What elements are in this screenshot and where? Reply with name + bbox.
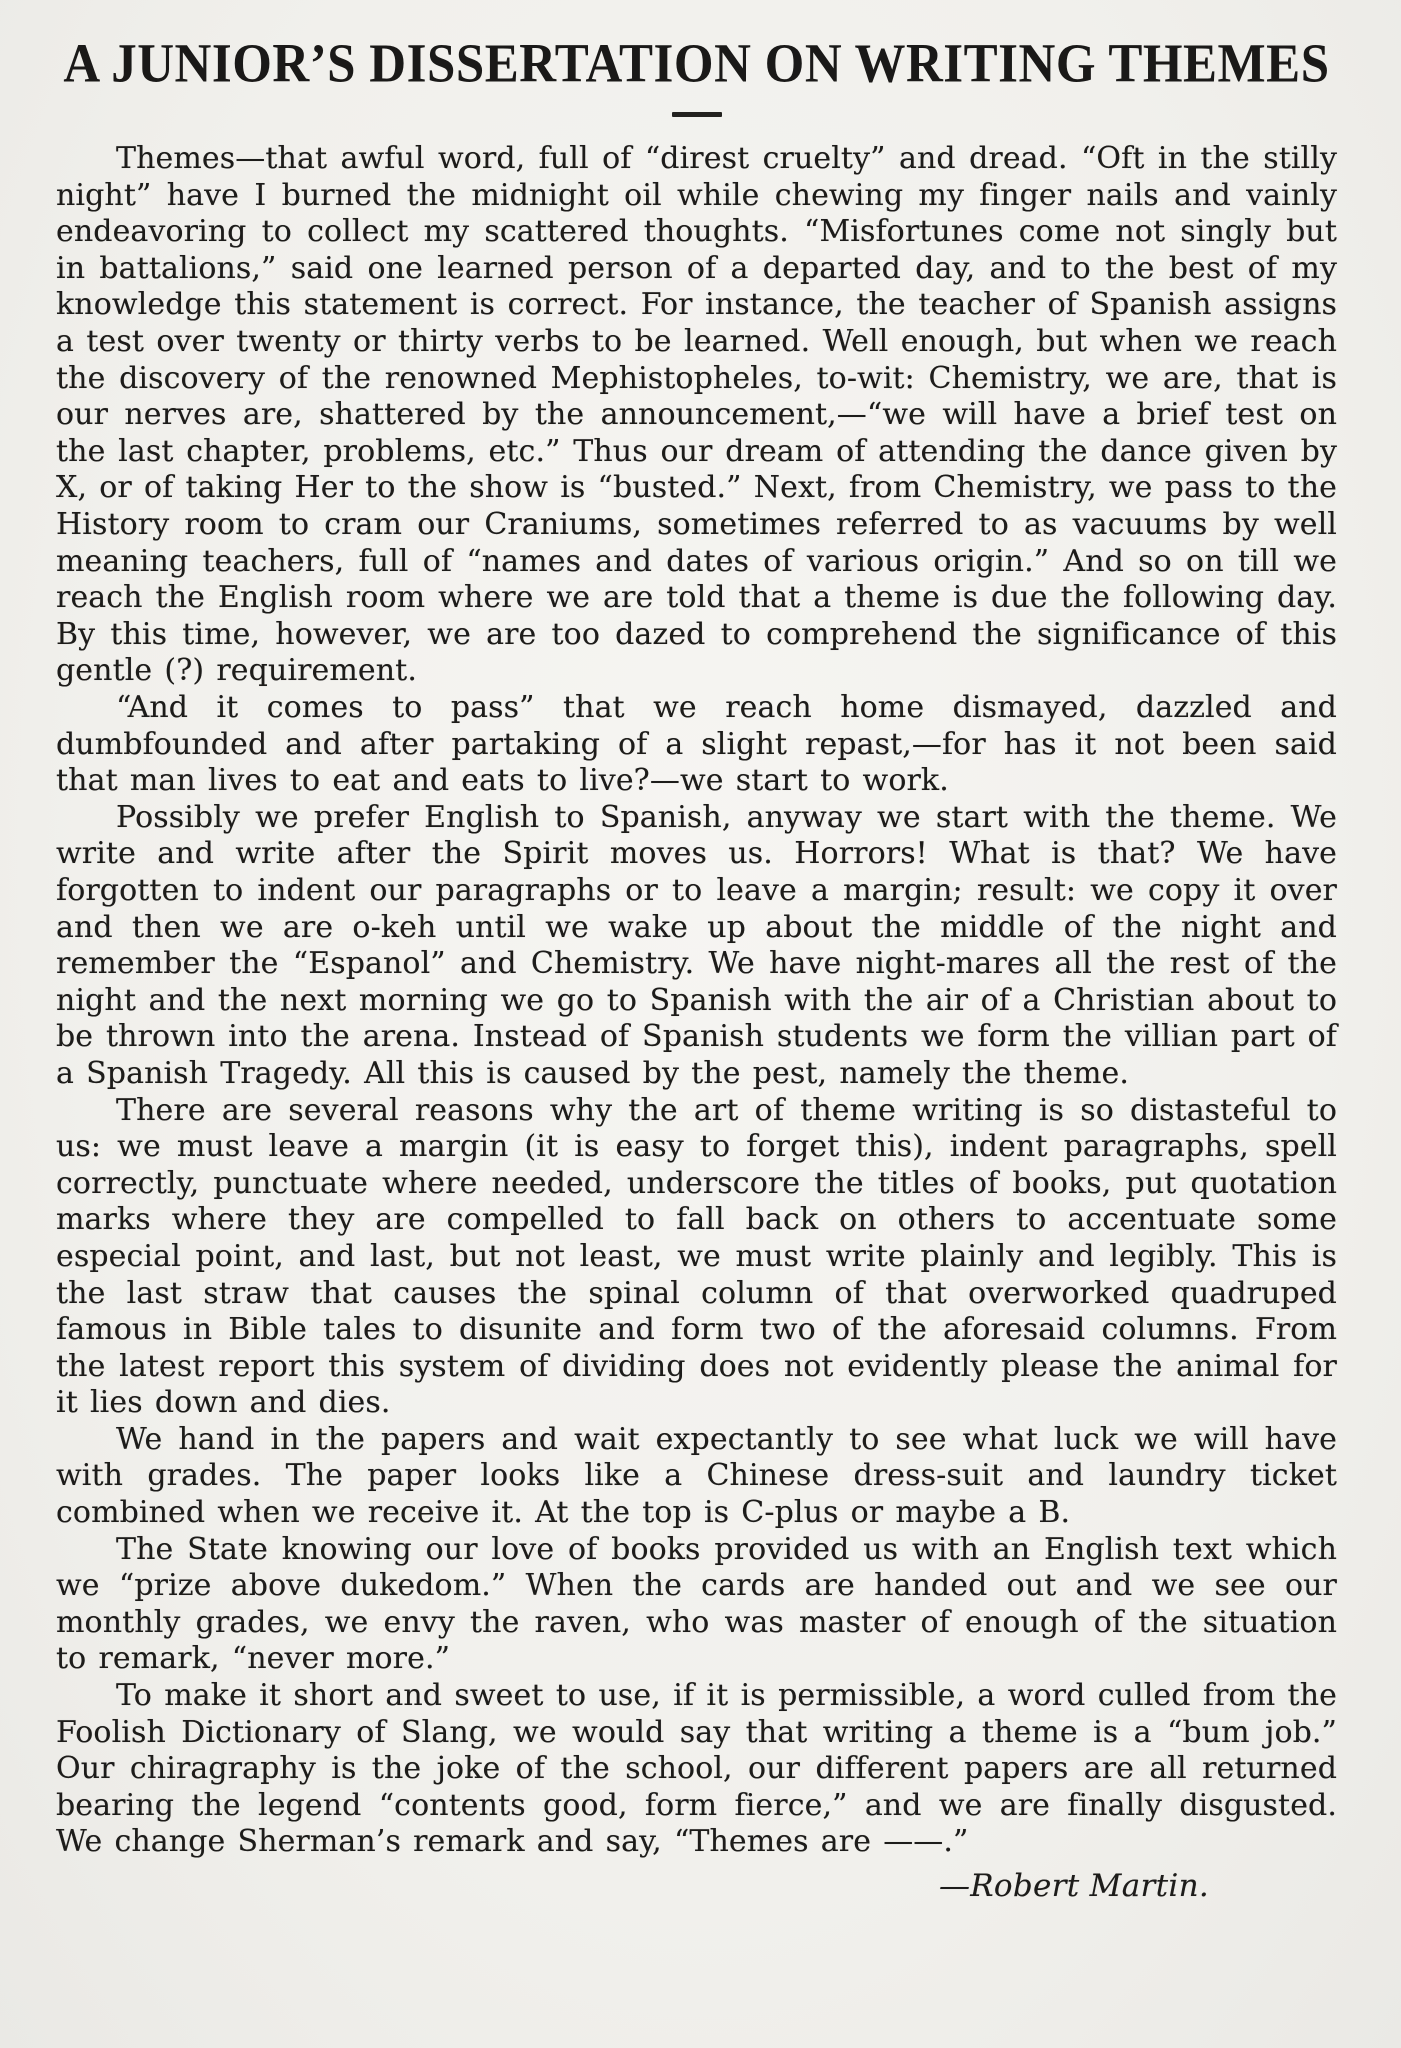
- essay-paragraph: We hand in the papers and wait expectant…: [56, 1422, 1337, 1532]
- essay-paragraph: “And it comes to pass” that we reach hom…: [56, 690, 1337, 800]
- author-signature: —Robert Martin.: [56, 1867, 1337, 1905]
- scanned-essay-page: A JUNIOR’S DISSERTATION ON WRITING THEME…: [0, 0, 1401, 2048]
- essay-paragraph: Themes—that awful word, full of “direst …: [56, 141, 1337, 690]
- essay-paragraph: Possibly we prefer English to Spanish, a…: [56, 800, 1337, 1093]
- title-divider: [672, 112, 722, 117]
- essay-paragraph: There are several reasons why the art of…: [56, 1093, 1337, 1422]
- essay-paragraph: To make it short and sweet to use, if it…: [56, 1678, 1337, 1861]
- essay-body: Themes—that awful word, full of “direst …: [56, 141, 1337, 1861]
- essay-paragraph: The State knowing our love of books prov…: [56, 1532, 1337, 1678]
- page-title: A JUNIOR’S DISSERTATION ON WRITING THEME…: [56, 34, 1337, 95]
